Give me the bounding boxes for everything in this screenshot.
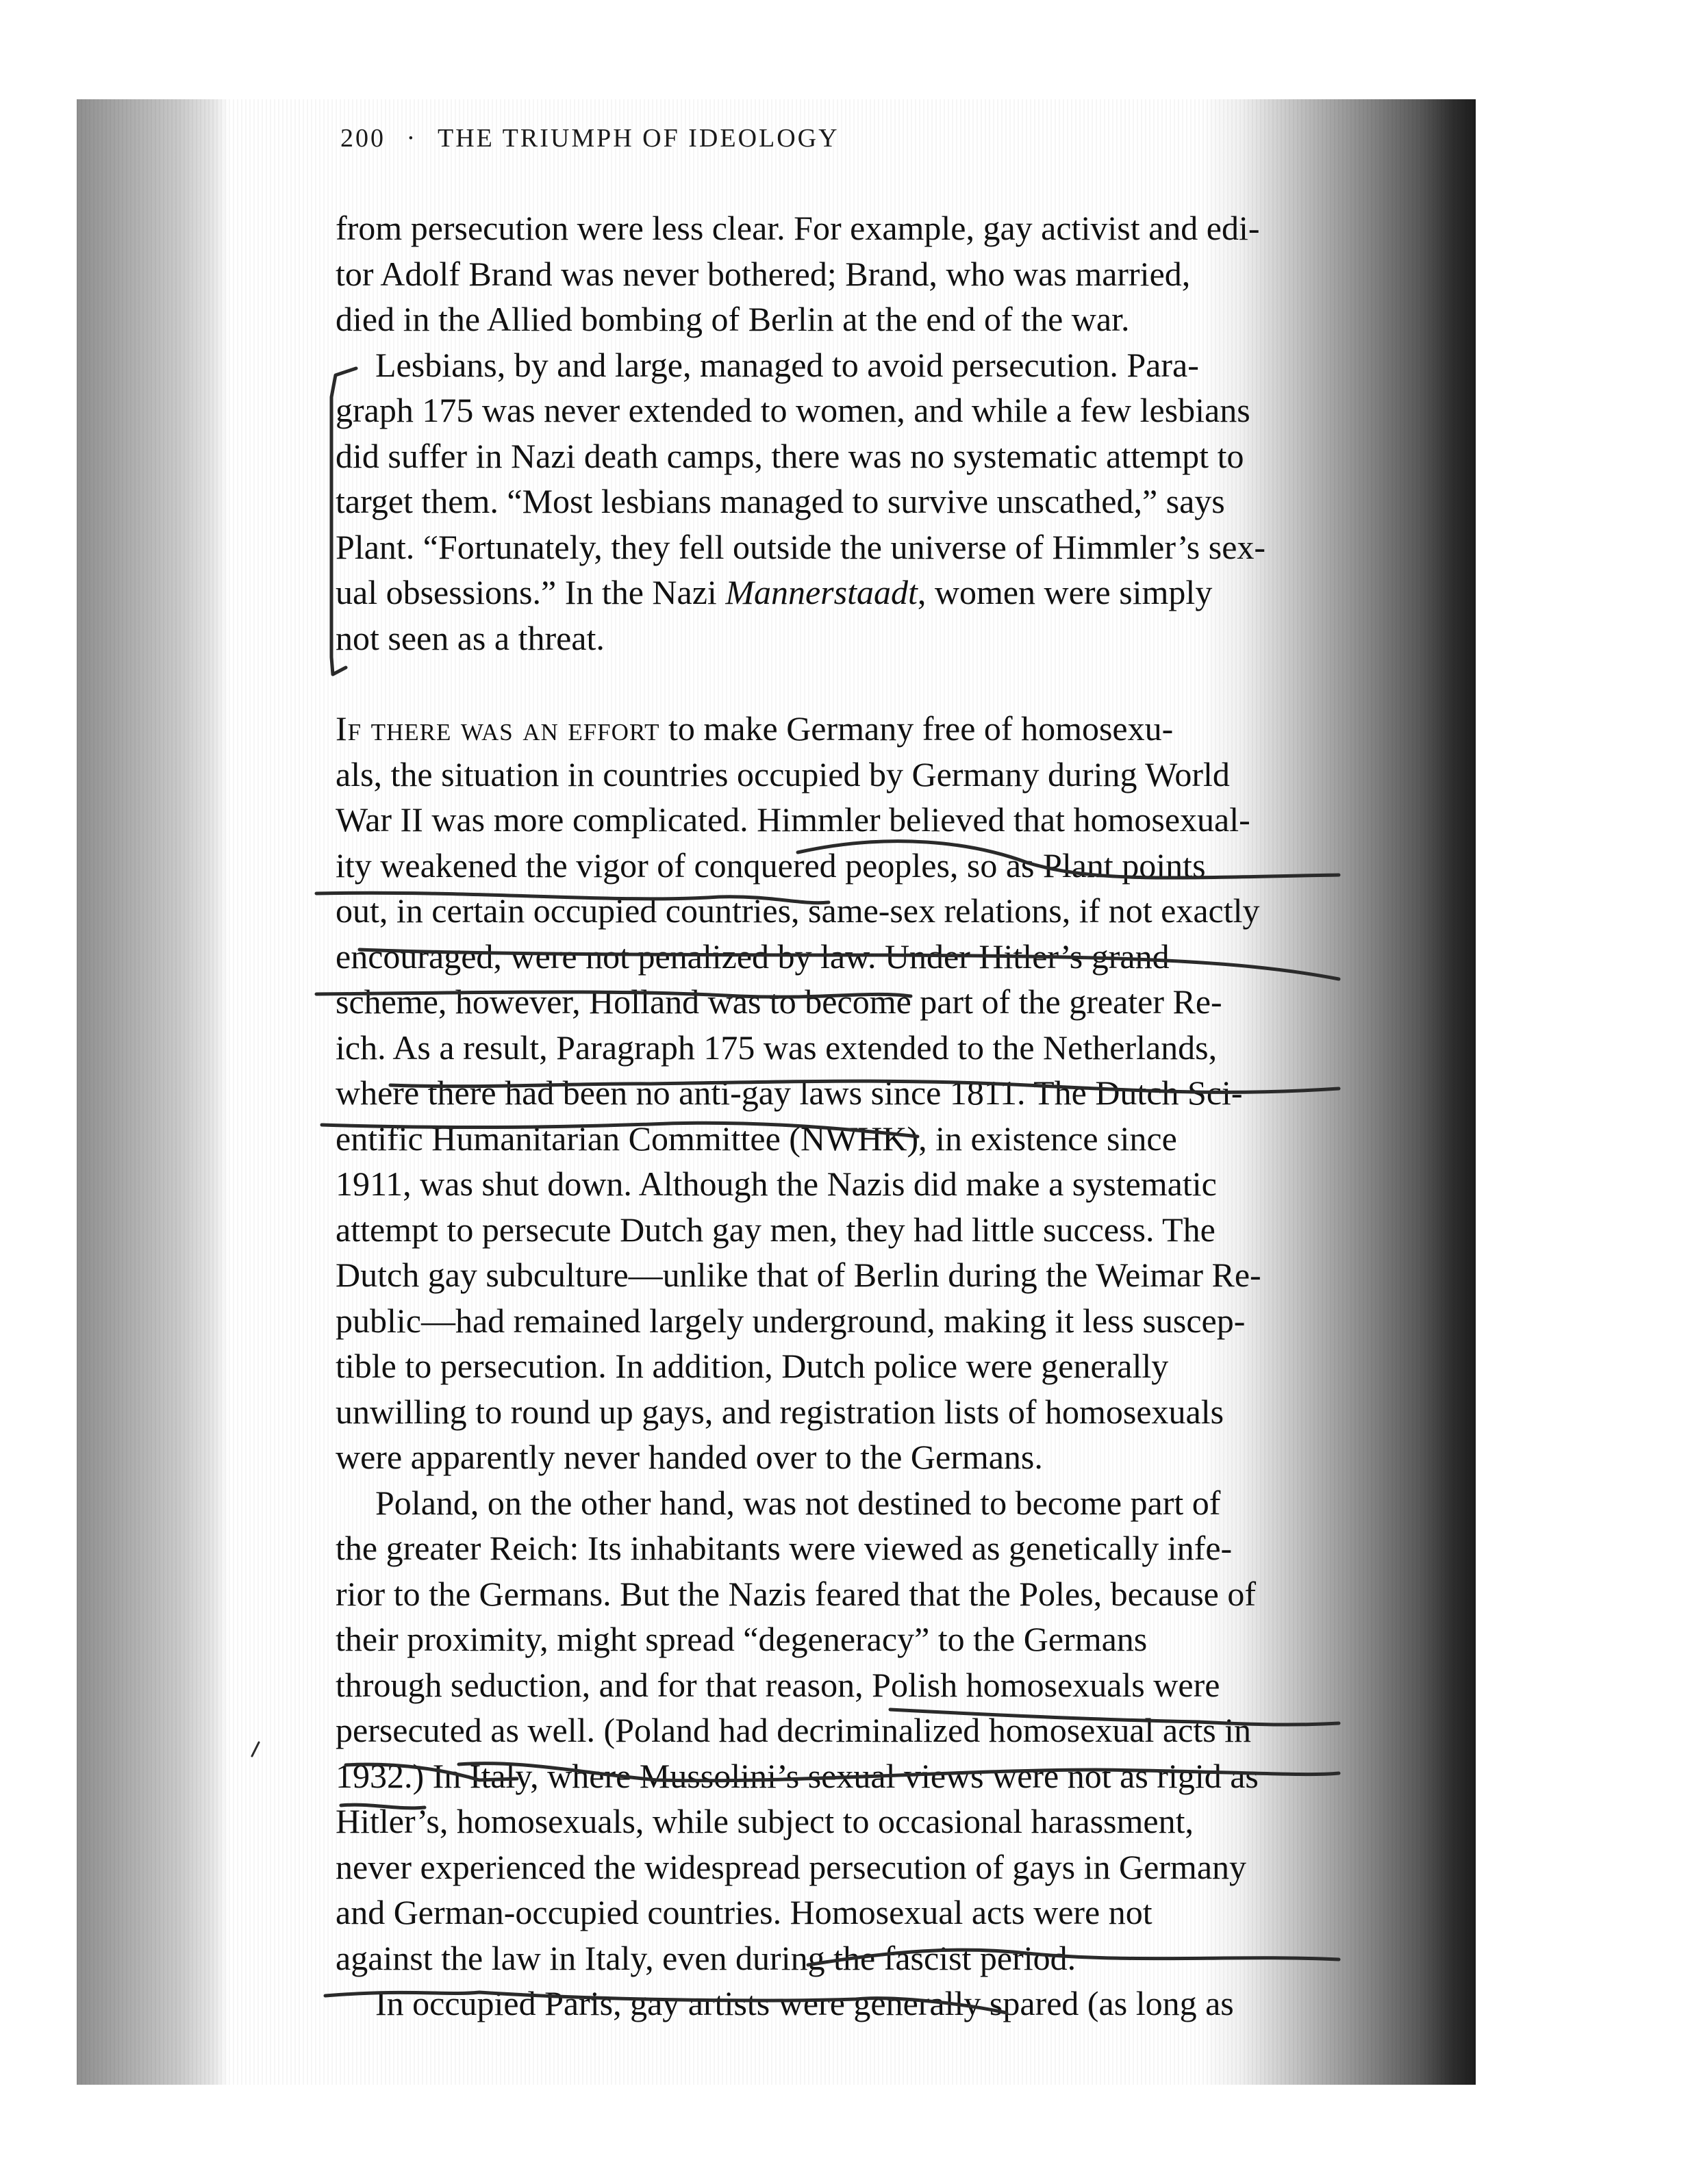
- text-line: public—had remained largely underground,…: [336, 1298, 1459, 1344]
- text-segment: , women were simply: [918, 573, 1212, 611]
- text-line: against the law in Italy, even during th…: [336, 1935, 1459, 1981]
- body-text: from persecution were less clear. For ex…: [336, 205, 1459, 2027]
- text-line: graph 175 was never extended to women, a…: [336, 388, 1459, 433]
- text-segment: ual obsessions.” In the Nazi: [336, 573, 725, 611]
- text-line: died in the Allied bombing of Berlin at …: [336, 296, 1459, 342]
- text-line: and German-occupied countries. Homosexua…: [336, 1890, 1459, 1935]
- small-caps-lead: If there was an effort: [336, 709, 660, 748]
- text-line: not seen as a threat.: [336, 615, 1459, 661]
- text-line: attempt to persecute Dutch gay men, they…: [336, 1207, 1459, 1253]
- text-line: ual obsessions.” In the Nazi Mannerstaad…: [336, 570, 1459, 615]
- text-line: ich. As a result, Paragraph 175 was exte…: [336, 1025, 1459, 1071]
- text-segment: to make Germany free of homosexu-: [660, 709, 1174, 748]
- text-line: Poland, on the other hand, was not desti…: [336, 1480, 1459, 1526]
- text-line: tible to persecution. In addition, Dutch…: [336, 1343, 1459, 1389]
- text-line: ity weakened the vigor of conquered peop…: [336, 843, 1459, 889]
- text-line: their proximity, might spread “degenerac…: [336, 1616, 1459, 1662]
- text-line: the greater Reich: Its inhabitants were …: [336, 1525, 1459, 1571]
- text-line: Hitler’s, homosexuals, while subject to …: [336, 1799, 1459, 1844]
- text-line: where there had been no anti-gay laws si…: [336, 1070, 1459, 1116]
- text-line: als, the situation in countries occupied…: [336, 752, 1459, 798]
- text-line: Plant. “Fortunately, they fell outside t…: [336, 524, 1459, 570]
- text-line: persecuted as well. (Poland had decrimin…: [336, 1707, 1459, 1753]
- text-line: through seduction, and for that reason, …: [336, 1662, 1459, 1708]
- text-line: scheme, however, Holland was to become p…: [336, 979, 1459, 1025]
- separator-dot: ·: [407, 124, 418, 153]
- running-head: 200 · THE TRIUMPH OF IDEOLOGY: [340, 123, 840, 153]
- text-line: Lesbians, by and large, managed to avoid…: [336, 342, 1459, 388]
- italic-term: Mannerstaadt: [725, 573, 918, 611]
- running-title: THE TRIUMPH OF IDEOLOGY: [438, 124, 840, 153]
- text-line: never experienced the widespread persecu…: [336, 1844, 1459, 1890]
- text-line: from persecution were less clear. For ex…: [336, 205, 1459, 251]
- page-number: 200: [340, 124, 386, 153]
- text-line: War II was more complicated. Himmler bel…: [336, 797, 1459, 843]
- text-line: rior to the Germans. But the Nazis feare…: [336, 1571, 1459, 1617]
- text-line: out, in certain occupied countries, same…: [336, 888, 1459, 934]
- text-line: entific Humanitarian Committee (NWHK), i…: [336, 1116, 1459, 1162]
- text-line: Dutch gay subculture—unlike that of Berl…: [336, 1252, 1459, 1298]
- text-line: tor Adolf Brand was never bothered; Bran…: [336, 251, 1459, 297]
- text-line: were apparently never handed over to the…: [336, 1434, 1459, 1480]
- text-line: unwilling to round up gays, and registra…: [336, 1389, 1459, 1435]
- text-line: did suffer in Nazi death camps, there wa…: [336, 433, 1459, 479]
- section-break: [336, 661, 1459, 706]
- text-line: 1932.) In Italy, where Mussolini’s sexua…: [336, 1753, 1459, 1799]
- text-line: If there was an effort to make Germany f…: [336, 706, 1459, 752]
- text-line: 1911, was shut down. Although the Nazis …: [336, 1161, 1459, 1207]
- text-line: encouraged, were not penalized by law. U…: [336, 934, 1459, 980]
- text-line: In occupied Paris, gay artists were gene…: [336, 1981, 1459, 2027]
- text-line: target them. “Most lesbians managed to s…: [336, 479, 1459, 524]
